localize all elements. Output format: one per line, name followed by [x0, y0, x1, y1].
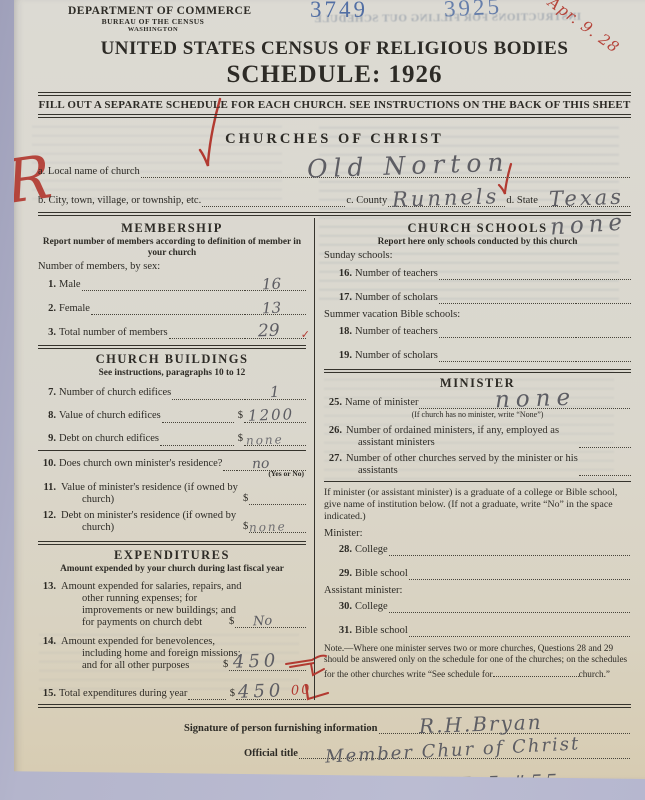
item-label: Number of scholars [355, 350, 438, 362]
answer-line: $ none [240, 520, 306, 533]
item-number: 31. [334, 625, 352, 637]
dotted-line: none [419, 396, 630, 409]
dotted-line: none [249, 520, 306, 533]
form-code: 8—5518-1 [46, 794, 76, 800]
item-label: Total expenditures during year [59, 688, 187, 700]
item-number: 7. [38, 387, 56, 399]
handwritten-official-title: Member Chur of Christ [325, 734, 581, 768]
item-benevolences-expense: 14. Amount expended for benevolences, in… [38, 636, 306, 672]
dotted-line [439, 325, 574, 338]
item-minister-college: 28. College [324, 543, 631, 556]
dotted-line: Runnels [388, 194, 505, 207]
item-label: Debt on minister's residence (if owned b… [82, 510, 260, 534]
currency-sign: $ [223, 659, 228, 671]
answer-line [575, 291, 631, 304]
year-printed: , 192 [183, 783, 204, 794]
dotted-line [493, 666, 579, 677]
assistant-group-label: Assistant minister: [324, 585, 631, 596]
dotted-line [160, 433, 234, 446]
single-rule [324, 481, 631, 482]
item-number: 25. [324, 397, 342, 409]
date-address-row: Date March 1st , 192 8 P. O. Address Win… [38, 775, 631, 794]
handwritten-total-expenditures: 450 [238, 681, 285, 703]
item-residence-value: 11. Value of minister's residence (if ow… [38, 482, 306, 506]
dotted-line [409, 624, 630, 637]
item-label: Male [59, 279, 81, 291]
item-total-members: 3. Total number of members 29 ✓ [38, 326, 306, 339]
item-own-residence: 10. Does church own minister's residence… [38, 458, 306, 471]
item-total-expenditures: 15. Total expenditures during year $ 450… [38, 687, 306, 700]
answer-line: 13 [244, 302, 306, 315]
item-residence-debt: 12. Debt on minister's residence (if own… [38, 510, 306, 534]
form-content: DEPARTMENT OF COMMERCE BUREAU OF THE CEN… [14, 0, 645, 779]
field-c-label: c. County [346, 195, 387, 207]
dotted-line: Winters R-5 #55 [324, 781, 630, 794]
dotted-line [389, 543, 630, 556]
church-schools-heading-text: CHURCH SCHOOLS [407, 221, 547, 235]
handwritten-church-name: Old Norton [307, 149, 510, 185]
dotted-line [439, 291, 574, 304]
answer-line [575, 267, 631, 280]
item-other-churches: 27. Number of other churches served by t… [324, 453, 631, 477]
field-a-label: a. Local name of church [38, 166, 140, 178]
field-local-church-name: a. Local name of church Old Norton [38, 165, 631, 178]
answer-line: none [244, 433, 306, 446]
item-number: 1. [38, 279, 56, 291]
answer-line: $ [240, 492, 306, 505]
scanned-photo-background: INSTRUCTIONS FOR FILLING OUT SCHEDULE 37… [0, 0, 645, 800]
currency-sign: $ [229, 616, 234, 628]
membership-heading: MEMBERSHIP [38, 221, 306, 236]
dotted-line [223, 458, 235, 471]
handwritten-state: Texas [548, 185, 624, 212]
agency-header: DEPARTMENT OF COMMERCE BUREAU OF THE CEN… [68, 5, 238, 33]
double-rule [38, 704, 631, 708]
double-rule [38, 345, 306, 349]
currency-sign: $ [230, 688, 235, 700]
field-b-label: b. City, town, village, or township, etc… [38, 195, 201, 207]
item-number: 8. [38, 410, 56, 422]
item-female: 2. Female 13 [38, 302, 306, 315]
field-d-label: d. State [506, 195, 538, 207]
handwritten-female-count: 13 [262, 300, 282, 318]
dotted-line: Old Norton [141, 165, 630, 178]
item-number: 28. [334, 544, 352, 556]
item-number: 12. [38, 510, 56, 522]
handwritten-salaries-expense: No [253, 615, 273, 631]
handwritten-total-members: 29 [258, 321, 280, 341]
dotted-line [389, 600, 630, 613]
item-number: 17. [334, 292, 352, 304]
item-assistant-college: 30. College [324, 600, 631, 613]
item-label: Name of minister [345, 397, 418, 409]
item-edifices-value: 8. Value of church edifices $ 1200 [38, 410, 306, 423]
item-number: 16. [334, 268, 352, 280]
item-label: Number of other churches served by the m… [358, 453, 581, 477]
item-number: 19. [334, 350, 352, 362]
left-column: MEMBERSHIP Report number of members acco… [38, 218, 314, 700]
red-check-mark: ✓ [301, 329, 310, 342]
answer-line [575, 349, 631, 362]
answer-line [579, 463, 631, 476]
expenditures-subheading: Amount expended by your church during la… [38, 564, 306, 575]
handwritten-date: March 1st [68, 772, 185, 798]
item-vacation-scholars: 19. Number of scholars [324, 349, 631, 362]
denomination-heading: CHURCHES OF CHRIST [38, 131, 631, 148]
print-code: 11—9204 [473, 794, 501, 800]
item-number: 10. [38, 458, 56, 470]
dotted-line [202, 194, 345, 207]
minister-note: Note.—Where one minister serves two or m… [324, 643, 631, 680]
item-label: Number of church edifices [59, 387, 171, 399]
field-city-county-state: b. City, town, village, or township, etc… [38, 194, 631, 207]
dotted-line [409, 567, 630, 580]
item-vacation-teachers: 18. Number of teachers [324, 325, 631, 338]
answer-line [579, 435, 631, 448]
minister-heading: MINISTER [324, 376, 631, 391]
church-buildings-subheading: See instructions, paragraphs 10 to 12 [38, 368, 306, 379]
dotted-line [579, 463, 631, 476]
official-title-label: Official title [244, 748, 298, 759]
currency-sign: $ [243, 521, 248, 533]
double-rule [38, 114, 631, 118]
item-number: 15. [38, 688, 56, 700]
church-schools-heading: CHURCH SCHOOLS none [324, 221, 631, 236]
item-label: Number of teachers [355, 268, 438, 280]
item-label: Total number of members [59, 327, 168, 339]
item-edifices-debt: 9. Debt on church edifices $ none [38, 433, 306, 446]
dotted-line: No [235, 615, 306, 628]
minister-group-label: Minister: [324, 528, 631, 539]
answer-line: 1 [244, 387, 306, 400]
yes-or-no-note: (Yes or No) [268, 470, 304, 479]
bureau-name: BUREAU OF THE CENSUS [68, 18, 238, 26]
handwritten-minister-none: none [495, 384, 577, 413]
answer-line: no (Yes or No) [236, 458, 306, 471]
double-rule [38, 541, 306, 545]
double-rule [324, 369, 631, 373]
item-minister-name: 25. Name of minister none [324, 396, 631, 409]
item-label: Bible school [355, 625, 408, 637]
dotted-line [439, 349, 574, 362]
item-label: College [355, 544, 388, 556]
right-column: CHURCH SCHOOLS none Report here only sch… [314, 218, 631, 700]
item-minister-bible-school: 29. Bible school [324, 567, 631, 580]
item-number: 26. [324, 425, 342, 437]
graduate-instructions: If minister (or assistant minister) is a… [324, 487, 631, 523]
handwritten-edifices-debt: none [246, 433, 284, 448]
membership-intro: Number of members, by sex: [38, 261, 306, 272]
item-label: Number of teachers [355, 326, 438, 338]
item-number: 13. [38, 581, 56, 593]
answer-line: 29 ✓ [244, 326, 306, 339]
dotted-line [172, 387, 243, 400]
note-tail: church.” [579, 669, 610, 679]
currency-sign: $ [243, 493, 248, 505]
currency-sign: $ [238, 410, 243, 422]
handwritten-residence-debt: none [249, 520, 287, 535]
item-label: Amount expended for salaries, repairs, a… [82, 581, 248, 629]
official-title-row: Official title Member Chur of Christ [244, 746, 631, 759]
item-label: Value of church edifices [59, 410, 161, 422]
dotted-line: Member Chur of Christ [299, 746, 630, 759]
item-sunday-scholars: 17. Number of scholars [324, 291, 631, 304]
item-number: 27. [324, 453, 342, 465]
item-assistant-bible-school: 31. Bible school [324, 624, 631, 637]
form-columns: MEMBERSHIP Report number of members acco… [38, 218, 631, 700]
item-salaries-expense: 13. Amount expended for salaries, repair… [38, 581, 306, 629]
item-ordained-ministers: 26. Number of ordained ministers, if any… [324, 425, 631, 449]
bureau-city: WASHINGTON [68, 26, 238, 33]
handwritten-county: Runnels [392, 184, 500, 212]
expenditures-heading: EXPENDITURES [38, 548, 306, 563]
church-schools-subheading: Report here only schools conducted by th… [324, 237, 631, 248]
dotted-line: 450 [229, 658, 306, 671]
dotted-line: March 1st [60, 781, 182, 794]
handwritten-schools-none: none [549, 209, 628, 240]
single-rule [38, 450, 306, 451]
answer-line: $ 450 [220, 658, 306, 671]
dotted-line [579, 435, 631, 448]
dotted-line [162, 410, 234, 423]
item-number: 9. [38, 433, 56, 445]
handwritten-own-residence: no [252, 456, 270, 473]
item-male: 1. Male 16 [38, 278, 306, 291]
minister-none-note: (If church has no minister, write “None”… [324, 410, 631, 419]
dotted-line [82, 278, 243, 291]
answer-line: 1200 [244, 410, 306, 423]
census-schedule-document: INSTRUCTIONS FOR FILLING OUT SCHEDULE 37… [14, 0, 645, 779]
item-label: Number of ordained ministers, if any, em… [358, 425, 581, 449]
vacation-schools-group: Summer vacation Bible schools: [324, 309, 631, 320]
form-title: UNITED STATES CENSUS OF RELIGIOUS BODIES [38, 38, 631, 60]
item-number: 11. [38, 482, 56, 494]
church-buildings-heading: CHURCH BUILDINGS [38, 352, 306, 367]
date-label: Date [38, 783, 59, 794]
item-edifices-count: 7. Number of church edifices 1 [38, 387, 306, 400]
answer-line: 16 [244, 278, 306, 291]
item-label: Bible school [355, 568, 408, 580]
item-label: Debt on church edifices [59, 433, 159, 445]
currency-sign: $ [238, 433, 243, 445]
item-sunday-teachers: 16. Number of teachers [324, 267, 631, 280]
department-name: DEPARTMENT OF COMMERCE [68, 5, 238, 18]
dotted-line [249, 492, 306, 505]
form-schedule-year: SCHEDULE: 1926 [38, 61, 631, 89]
handwritten-benevolences: 450 [233, 651, 280, 673]
item-label: Does church own minister's residence? [59, 458, 222, 470]
dotted-line [91, 302, 243, 315]
po-address-label: P. O. Address [263, 783, 323, 794]
handwritten-year-digit: 8 [206, 775, 217, 794]
handwritten-po-address: Winters R-5 #55 [354, 771, 560, 800]
answer-line [575, 325, 631, 338]
handwritten-male-count: 16 [262, 276, 282, 294]
signature-label: Signature of person furnishing informati… [184, 723, 378, 734]
item-number: 29. [334, 568, 352, 580]
double-rule [38, 212, 631, 216]
item-label: College [355, 601, 388, 613]
dotted-line: R.H.Bryan [379, 721, 631, 734]
answer-line: 450 00 [236, 687, 306, 700]
item-number: 18. [334, 326, 352, 338]
double-rule [38, 92, 631, 96]
dotted-line [169, 326, 243, 339]
item-label: Value of minister's residence (if owned … [82, 482, 260, 506]
answer-line: $ No [226, 615, 306, 628]
handwritten-edifices: 1 [270, 384, 280, 402]
item-number: 3. [38, 327, 56, 339]
dotted-line: Texas [539, 194, 630, 207]
dotted-line [188, 687, 225, 700]
handwritten-signature: R.H.Bryan [418, 710, 542, 738]
signature-row: Signature of person furnishing informati… [184, 721, 631, 734]
item-number: 2. [38, 303, 56, 315]
item-number: 14. [38, 636, 56, 648]
item-number: 30. [334, 601, 352, 613]
dotted-line [439, 267, 574, 280]
instruction-banner: FILL OUT A SEPARATE SCHEDULE FOR EACH CH… [38, 99, 631, 111]
sunday-schools-group: Sunday schools: [324, 250, 631, 261]
item-label: Female [59, 303, 90, 315]
item-label: Number of scholars [355, 292, 438, 304]
red-amount-cents: 00 [291, 684, 313, 700]
membership-subheading: Report number of members according to de… [38, 237, 306, 259]
handwritten-edifices-value: 1200 [248, 406, 295, 425]
